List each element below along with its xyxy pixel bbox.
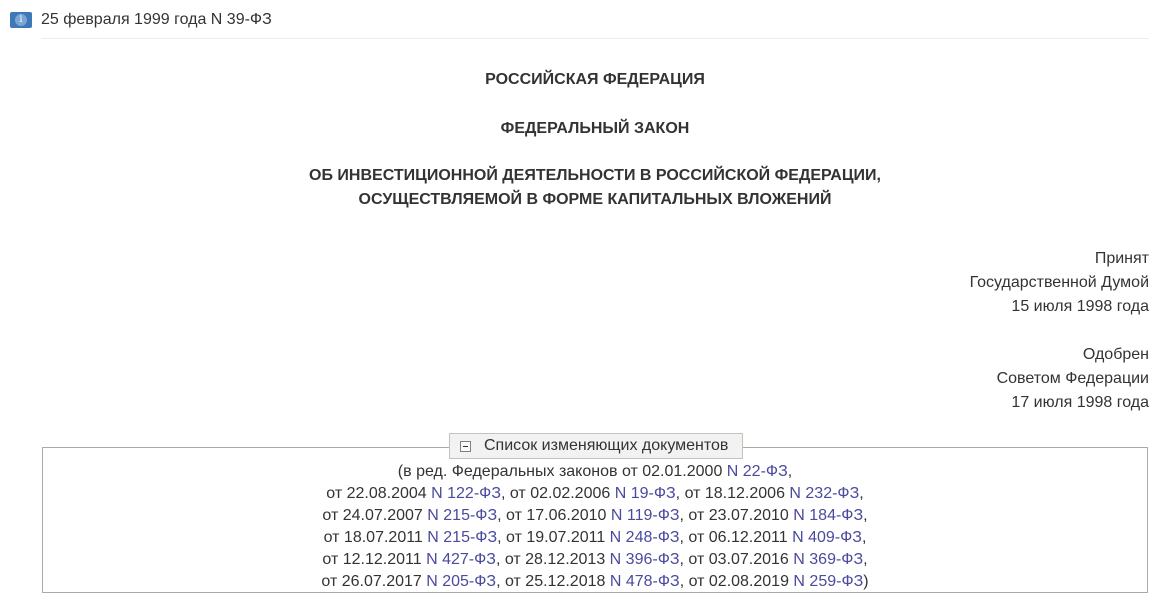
document-header: i 25 февраля 1999 года N 39-ФЗ xyxy=(10,8,272,32)
amendment-link[interactable]: N 22-ФЗ xyxy=(727,463,788,480)
amendment-link[interactable]: N 478-ФЗ xyxy=(610,573,680,590)
amending-laws-list: (в ред. Федеральных законов от 02.01.200… xyxy=(42,461,1148,593)
adopted-block: Принят Государственной Думой 15 июля 199… xyxy=(970,247,1149,319)
law-title-line-1: ОБ ИНВЕСТИЦИОННОЙ ДЕЯТЕЛЬНОСТИ В РОССИЙС… xyxy=(0,164,1165,188)
adopted-label: Принят xyxy=(970,247,1149,271)
amendment-link[interactable]: N 19-ФЗ xyxy=(615,485,676,502)
adopted-date: 15 июля 1998 года xyxy=(970,295,1149,319)
amendment-link[interactable]: N 119-ФЗ xyxy=(611,507,680,524)
approved-date: 17 июля 1998 года xyxy=(997,391,1149,415)
amendment-link[interactable]: N 215-ФЗ xyxy=(427,529,497,546)
approved-label: Одобрен xyxy=(997,343,1149,367)
amendment-line: от 24.07.2007 N 215-ФЗ, от 17.06.2010 N … xyxy=(42,505,1148,527)
adopted-body: Государственной Думой xyxy=(970,271,1149,295)
amendment-link[interactable]: N 409-ФЗ xyxy=(792,529,862,546)
doc-type-heading: ФЕДЕРАЛЬНЫЙ ЗАКОН xyxy=(0,117,1165,141)
changes-list-label: Список изменяющих документов xyxy=(484,437,728,455)
minus-square-icon[interactable] xyxy=(460,441,471,452)
amendment-link[interactable]: N 427-ФЗ xyxy=(426,551,496,568)
amendment-line: (в ред. Федеральных законов от 02.01.200… xyxy=(42,461,1148,483)
amendment-line: от 12.12.2011 N 427-ФЗ, от 28.12.2013 N … xyxy=(42,549,1148,571)
law-title-line-2: ОСУЩЕСТВЛЯЕМОЙ В ФОРМЕ КАПИТАЛЬНЫХ ВЛОЖЕ… xyxy=(0,188,1165,212)
approved-block: Одобрен Советом Федерации 17 июля 1998 г… xyxy=(997,343,1149,415)
amendment-link[interactable]: N 396-ФЗ xyxy=(610,551,680,568)
amendment-link[interactable]: N 369-ФЗ xyxy=(793,551,863,568)
amendment-link[interactable]: N 259-ФЗ xyxy=(793,573,863,590)
amendment-link[interactable]: N 184-ФЗ xyxy=(793,507,863,524)
amendment-link[interactable]: N 205-ФЗ xyxy=(426,573,496,590)
amendment-link[interactable]: N 232-ФЗ xyxy=(789,485,859,502)
amendment-link[interactable]: N 122-ФЗ xyxy=(431,485,501,502)
amendment-line: от 26.07.2017 N 205-ФЗ, от 25.12.2018 N … xyxy=(42,571,1148,593)
country-heading: РОССИЙСКАЯ ФЕДЕРАЦИЯ xyxy=(0,68,1165,92)
approved-body: Советом Федерации xyxy=(997,367,1149,391)
amendment-line: от 18.07.2011 N 215-ФЗ, от 19.07.2011 N … xyxy=(42,527,1148,549)
document-date-number: 25 февраля 1999 года N 39-ФЗ xyxy=(41,11,272,29)
changes-list-toggle[interactable]: Список изменяющих документов xyxy=(449,433,743,459)
amendment-line: от 22.08.2004 N 122-ФЗ, от 02.02.2006 N … xyxy=(42,483,1148,505)
amendment-link[interactable]: N 215-ФЗ xyxy=(427,507,497,524)
header-divider xyxy=(41,38,1149,39)
amendment-link[interactable]: N 248-ФЗ xyxy=(610,529,680,546)
info-icon[interactable]: i xyxy=(10,12,32,28)
